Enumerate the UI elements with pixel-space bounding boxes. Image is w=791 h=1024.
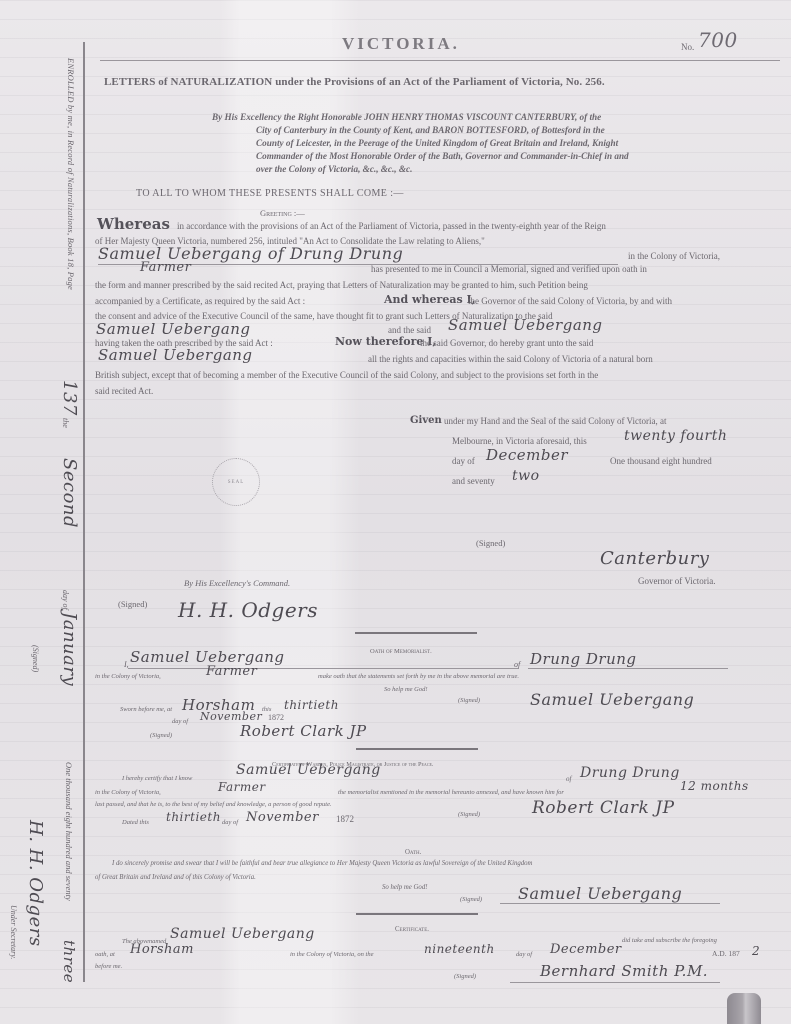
certificate-line-2a: oath, at: [95, 951, 115, 958]
greeting: Greeting :—: [260, 208, 305, 218]
margin-hand-page: 137: [59, 380, 80, 416]
oath-memorialist-signature: Samuel Uebergang: [530, 690, 694, 709]
certificate-hand-day: nineteenth: [424, 942, 495, 956]
oath-memorialist-this-label: this: [262, 706, 271, 713]
given-word: Given: [410, 415, 442, 426]
body-line-5: the form and manner prescribed by the sa…: [95, 280, 588, 290]
certificate-hand-name: Samuel Uebergang: [170, 926, 315, 942]
certificate-jp-hand-day: thirtieth: [166, 810, 221, 824]
margin-day-of-label: day of: [61, 590, 70, 610]
fill-rule: [528, 668, 728, 669]
margin-signed-label: (Signed): [31, 645, 40, 672]
certificate-jp-hand-name: Samuel Uebergang: [236, 762, 381, 778]
preamble-line-4: Commander of the Most Honorable Order of…: [256, 151, 629, 161]
certificate-jp-line-2b: the memorialist mentioned in the memoria…: [338, 789, 564, 796]
given-line-3b: One thousand eight hundred: [610, 456, 712, 466]
oath-memorialist-day-of-label: day of: [172, 718, 188, 725]
certificate-jp-of: of: [566, 775, 571, 783]
certificate-jp-signature: Robert Clark JP: [532, 798, 675, 818]
given-line-1: under my Hand and the Seal of the said C…: [444, 416, 667, 426]
oath-memorialist-sworn-label: Sworn before me, at: [120, 706, 172, 713]
margin-signature: H. H. Odgers: [25, 820, 46, 947]
body-line-8-mid: and the said: [388, 325, 431, 335]
oath-memorialist-hand-sworn-day: thirtieth: [284, 698, 339, 712]
certificate-jp-dated-label: Dated this: [122, 819, 149, 826]
margin-title: Under Secretary.: [9, 905, 18, 959]
oath-memorialist-so-help: So help me God!: [384, 686, 428, 693]
certificate-line-3: before me.: [95, 963, 122, 970]
oath-memorialist-hand-sworn-year: 1872: [268, 713, 284, 722]
body-line-4: has presented to me in Council a Memoria…: [371, 264, 647, 274]
given-line-2: Melbourne, in Victoria aforesaid, this: [452, 436, 587, 446]
certificate-hand-year-digit: 2: [752, 944, 760, 958]
address-line: TO ALL TO WHOM THESE PRESENTS SHALL COME…: [136, 188, 404, 199]
command-signature: H. H. Odgers: [178, 598, 318, 622]
oath-signed-label: (Signed): [460, 896, 482, 903]
given-hand-year: two: [512, 468, 540, 484]
oath-memorialist-line-2a: in the Colony of Victoria,: [95, 673, 161, 680]
body-line-6a: accompanied by a Certificate, as require…: [95, 296, 305, 306]
and-whereas-gothic: And whereas I,: [384, 293, 475, 306]
body-line-10: all the rights and capacities within the…: [368, 354, 653, 364]
certificate-signature: Bernhard Smith P.M.: [540, 962, 708, 980]
certificate-jp-line-1a: I hereby certify that I know: [122, 775, 192, 782]
preamble-line-3: County of Leicester, in the Peerage of t…: [256, 138, 618, 148]
preamble-line-2: City of Canterbury in the County of Kent…: [256, 125, 605, 135]
margin-hand-day: Second: [59, 458, 80, 528]
section-divider-2: [356, 748, 478, 750]
oath-memorialist-jp-signature: Robert Clark JP: [240, 722, 367, 740]
preamble-line-1: By His Excellency the Right Honorable JO…: [212, 112, 601, 122]
certificate-signed-label: (Signed): [454, 973, 476, 980]
given-hand-day: twenty fourth: [624, 428, 727, 444]
section-divider-1: [355, 632, 477, 634]
margin-enrolled-text: ENROLLED by me, in Record of Naturalizat…: [66, 58, 76, 290]
oath-line-2: of Great Britain and Ireland and of this…: [95, 874, 256, 881]
section-divider-3: [356, 913, 478, 915]
certificate-ad-label: A.D. 187: [712, 949, 740, 958]
certificate-jp-hand-month: November: [246, 810, 319, 825]
fill-rule: [500, 903, 720, 904]
hand-name-1: Samuel Uebergang: [96, 320, 251, 338]
certificate-heading: Certificate.: [395, 926, 429, 933]
certificate-hand-month: December: [550, 942, 622, 957]
oath-memorialist-signed-label: (Signed): [458, 697, 480, 704]
seal-text: SEAL: [228, 480, 245, 485]
margin-the-label: the: [61, 418, 70, 428]
oath-so-help: So help me God!: [382, 884, 428, 891]
fill-rule: [510, 982, 720, 983]
command-label: By His Excellency's Command.: [184, 578, 290, 588]
given-hand-month: December: [486, 446, 568, 464]
margin-hand-month: January: [59, 612, 80, 686]
fill-rule: [128, 668, 518, 669]
body-line-6b: the Governor of the said Colony of Victo…: [468, 296, 672, 306]
certificate-jp-hand-occupation: Farmer: [218, 780, 266, 794]
hand-name-2: Samuel Uebergang: [448, 316, 603, 334]
certificate-jp-hand-duration: 12 months: [680, 779, 749, 793]
document-subtitle: LETTERS of NATURALIZATION under the Prov…: [104, 76, 605, 88]
hand-occupation: Farmer: [140, 260, 191, 275]
certificate-jp-day-of-label: day of: [222, 819, 238, 826]
certificate-jp-hand-year: 1872: [336, 814, 354, 824]
document-title: VICTORIA.: [342, 34, 460, 54]
oath-memorialist-hand-place: Drung Drung: [530, 650, 637, 668]
body-line-11: British subject, except that of becoming…: [95, 370, 598, 380]
number-label: No.: [681, 42, 694, 52]
oath-memorialist-hand-occupation: Farmer: [206, 664, 257, 679]
margin-hand-year: three: [60, 940, 78, 983]
given-line-4: and seventy: [452, 476, 495, 486]
certificate-day-of-label: day of: [516, 951, 532, 958]
certificate-hand-place: Horsham: [130, 942, 194, 957]
governor-signature: Canterbury: [600, 548, 709, 569]
document-number: 700: [698, 28, 738, 52]
body-line-3-end: in the Colony of Victoria,: [628, 251, 720, 261]
preamble-line-5: over the Colony of Victoria, &c., &c., &…: [256, 164, 412, 174]
given-line-3a: day of: [452, 456, 475, 466]
command-signed-label: (Signed): [118, 599, 147, 609]
certificate-jp-hand-place: Drung Drung: [580, 765, 680, 781]
oath-line-1: I do sincerely promise and swear that I …: [112, 860, 532, 867]
body-line-12: said recited Act.: [95, 386, 153, 396]
certificate-jp-signed-label: (Signed): [458, 811, 480, 818]
governor-title: Governor of Victoria.: [638, 576, 716, 586]
governor-signed-label: (Signed): [476, 538, 505, 548]
certificate-line-2b: in the Colony of Victoria, on the: [290, 951, 373, 958]
oath-heading: Oath.: [405, 849, 421, 856]
margin-year-text: One thousand eight hundred and seventy: [64, 762, 74, 901]
oath-memorialist-line-2b: make oath that the statements set forth …: [318, 673, 519, 680]
oath-memorialist-heading: Oath of Memorialist.: [370, 648, 432, 655]
certificate-jp-line-2a: in the Colony of Victoria,: [95, 789, 161, 796]
body-line-1: in accordance with the provisions of an …: [177, 221, 606, 231]
oath-memorialist-signed-label-2: (Signed): [150, 732, 172, 739]
colony-seal: SEAL: [212, 458, 260, 506]
margin-rule: [83, 42, 85, 982]
hand-name-3: Samuel Uebergang: [98, 346, 253, 364]
certificate-jp-line-3: last passed, and that he is, to the best…: [95, 801, 332, 808]
certificate-line-1b: did take and subscribe the foregoing: [622, 937, 717, 944]
oath-memorialist-of: of: [514, 660, 520, 669]
title-rule: [100, 60, 780, 61]
body-line-9b: the said Governor, do hereby grant unto …: [420, 338, 593, 348]
binder-clip: [727, 993, 761, 1024]
oath-signature: Samuel Uebergang: [518, 884, 682, 903]
whereas-word: Whereas: [97, 215, 170, 233]
